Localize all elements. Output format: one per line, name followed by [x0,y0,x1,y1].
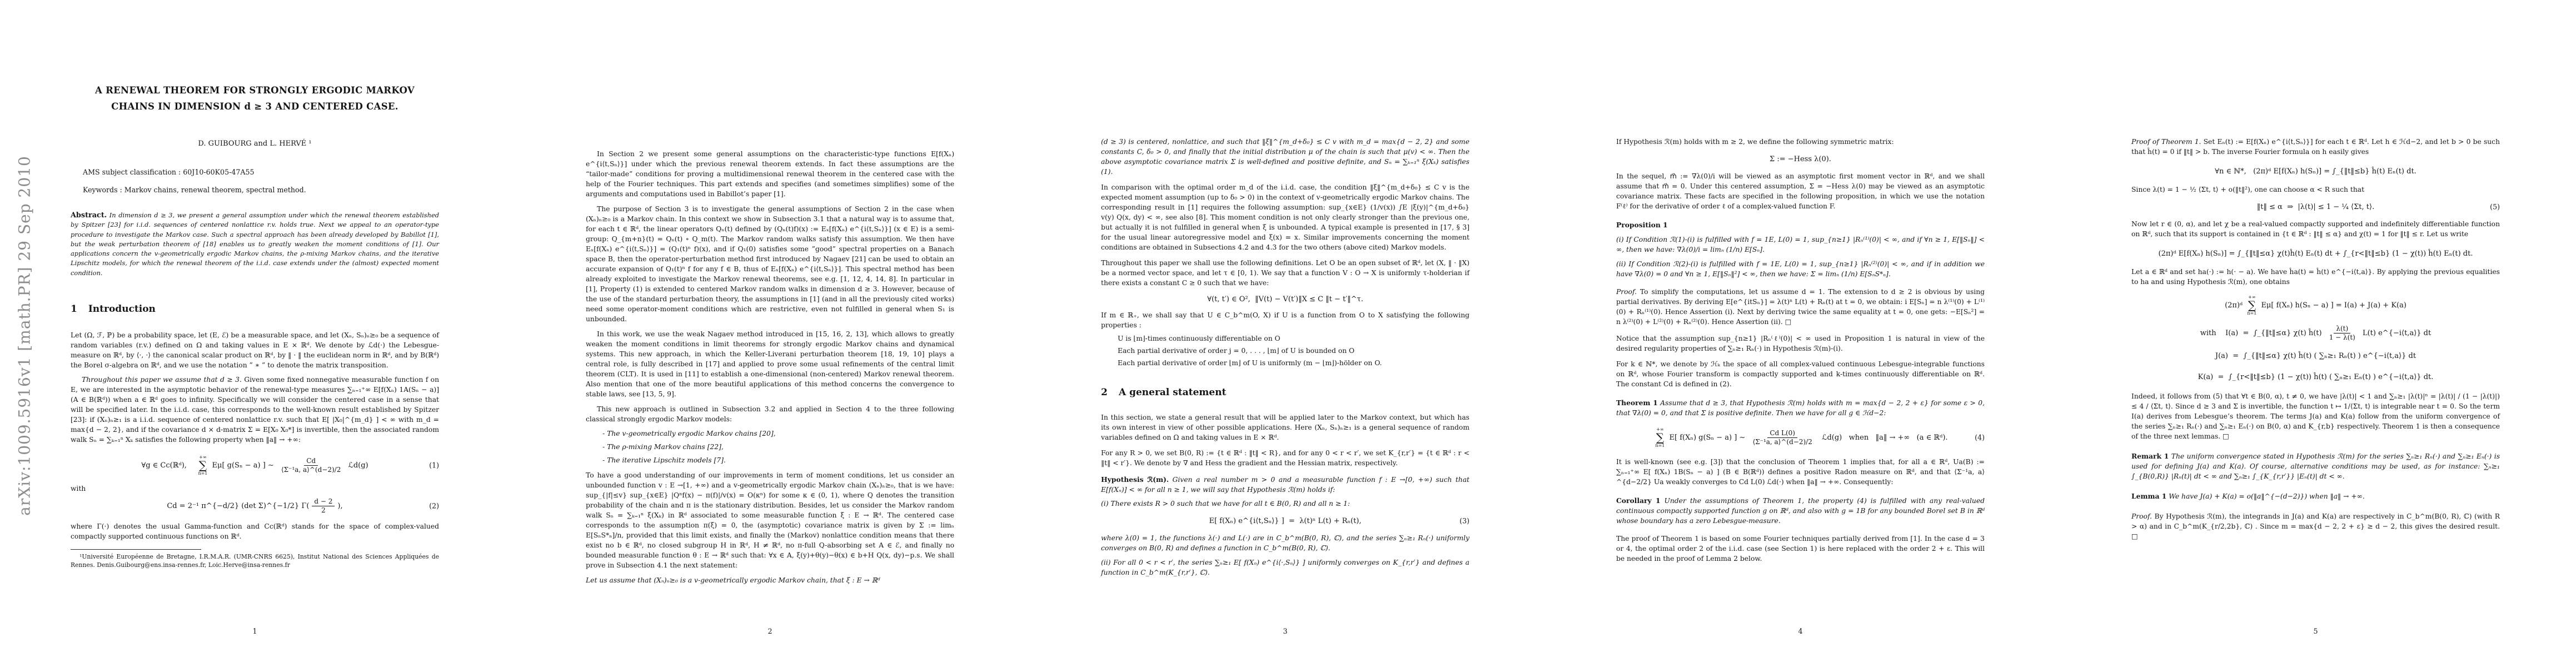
integral-J-equation: J(a) = ∫_{‖t‖≤α} χ(t) ĥ(t) ( ∑ₙ≥₁ Rₙ(t) … [2131,347,2500,365]
remark-label: Remark 1 [2131,452,2169,460]
inverse-fourier-equation: ∀n ∈ ℕ*, (2π)ᵈ E[f(Xₙ) h(Sₙ)] = ∫_{‖t‖≤b… [2131,162,2500,180]
p2-paragraph-2: The purpose of Section 3 is to investiga… [586,204,954,324]
p3-paragraph-2: In comparison with the optimal order m_d… [1101,182,1469,252]
corollary-statement: Corollary 1 Under the assumptions of The… [1616,496,1985,526]
holder-condition-equation: ∀(t, t′) ∈ O², ‖V(t) − V(t′)‖X ≤ C ‖t − … [1101,292,1469,306]
abstract: Abstract. In dimension d ≥ 3, we present… [71,211,439,278]
theorem-statement: Theorem 1 Assume that d ≥ 3, that Hypoth… [1616,398,1985,418]
section-heading-general-statement: 2A general statement [1101,387,1469,398]
split-integral-body: (2π)ᵈ E[f(Xₙ) h(Sₙ)] = ∫_{‖t‖≤α} χ(t)ĥ(t… [2159,250,2473,258]
ams-classification: AMS subject classification : 60J10-60K05… [83,168,439,176]
equation-3-body: E[ f(Xₙ) e^{i⟨t,Sₙ⟩} ] = λ(t)ⁿ L(t) + Rₙ… [1209,517,1361,525]
fraction: λ(t) 1 − λ(t) [2327,325,2358,342]
holder-condition-body: ∀(t, t′) ∈ O², ‖V(t) − V(t′)‖X ≤ C ‖t − … [1207,295,1363,303]
lemma-proof: Proof. By Hypothesis ℛ(m), the integrand… [2131,511,2500,541]
sigma-icon: ∑ [199,460,207,471]
page-number-2: 2 [586,627,954,635]
corollary-label: Corollary 1 [1616,496,1661,505]
fraction-denominator: ⟨Σ⁻¹a, a⟩^(d−2)/2 [279,466,343,474]
theorem-text: Assume that d ≥ 3, that Hypothesis ℛ(m) … [1616,399,1985,417]
equation-2-lhs: Cd = 2⁻¹ π^{−d/2} (det Σ)^{−1/2} Γ( [167,502,309,510]
p1-paragraph-3: where Γ(·) denotes the usual Gamma-funct… [71,521,439,541]
proof-of-theorem-1: Proof of Theorem 1. Set Eₙ(t) := E[f(Xₙ)… [2131,137,2500,157]
p1-paragraph-2: Throughout this paper we assume that d ≥… [71,375,439,445]
integral-J-body: J(a) = ∫_{‖t‖≤α} χ(t) ĥ(t) ( ∑ₙ≥₁ Rₙ(t) … [2215,352,2416,360]
p2-paragraph-5: To have a good understanding of our impr… [586,470,954,570]
proposition-label: Proposition 1 [1616,220,1985,230]
integral-K-body: K(a) = ∫_{r<‖t‖≤b} (1 − χ(t)) ĥ(t) ( ∑ₙ≥… [2198,373,2434,381]
equation-4-number: (4) [1975,434,1985,442]
proof-label: Proof. [2131,512,2152,520]
page-number-5: 5 [2131,627,2500,635]
equation-4: +∞ ∑ n=1 E[ f(Xₙ) g(Sₙ − a) ] ∼ Cd L(0) … [1616,425,1985,450]
list-item-v-geometric: - The v-geometrically ergodic Markov cha… [602,429,954,439]
fraction-numerator: d − 2 [312,497,335,506]
page-3-content: (d ≥ 3) is centered, nonlattice, and suc… [1101,137,1469,578]
split-integral-equation: (2π)ᵈ E[f(Xₙ) h(Sₙ)] = ∫_{‖t‖≤α} χ(t)ĥ(t… [2131,245,2500,262]
proposition-proof: Proof. To simplify the computations, let… [1616,287,1985,327]
proposition-item-i: (i) If Condition ℛ(1)-(i) is fulfilled w… [1616,235,1985,255]
hypothesis-condition-i: (i) There exists R > 0 such that we have… [1101,499,1469,509]
lemma-label: Lemma 1 [2131,492,2166,500]
page-2-content: In Section 2 we present some general ass… [586,149,954,585]
abstract-text: In dimension d ≥ 3, we present a general… [71,211,439,277]
list-item-lipschitz: - The iterative Lipschitz models [7]. [602,455,954,465]
sigma-definition-equation: Σ := −Hess λ(0). [1616,152,1985,166]
fraction: Cd ⟨Σ⁻¹a, a⟩^(d−2)/2 [279,457,343,474]
page-4: If Hypothesis ℛ(m) holds with m ≥ 2, we … [1546,0,2061,667]
property-item-1: U is ⌊m⌋-times continuously differentiab… [1118,333,1469,344]
equation-5-number: (5) [2490,203,2500,211]
equation-1-mid: Eμ[ g(Sₙ − a) ] ∼ [210,461,276,470]
fraction-denominator: 2 [319,506,328,515]
page-1: arXiv:1009.5916v1 [math.PR] 29 Sep 2010 … [0,0,515,667]
p5-paragraph-5: Indeed, it follows from (5) that ∀t ∈ B(… [2131,391,2500,441]
page-number-1: 1 [71,627,439,635]
theorem-label: Theorem 1 [1616,399,1658,407]
p3-paragraph-3: Throughout this paper we shall use the f… [1101,258,1469,288]
sigma-definition-body: Σ := −Hess λ(0). [1770,155,1831,163]
page-5-content: Proof of Theorem 1. Set Eₙ(t) := E[f(Xₙ)… [2131,137,2500,541]
sum-lower-limit: n=1 [2247,311,2256,316]
hypothesis-statement: Hypothesis ℛ(m). Given a real number m >… [1101,475,1469,495]
equation-2: Cd = 2⁻¹ π^{−d/2} (det Σ)^{−1/2} Γ( d − … [71,496,439,516]
p1-paragraph-2-rest: Given some fixed nonnegative measurable … [71,376,439,444]
proof-text: By Hypothesis ℛ(m), the integrands in J(… [2131,512,2500,540]
with-label: with [71,484,439,494]
fraction-numerator: Cd [304,457,318,466]
proof-of-theorem-1-label: Proof of Theorem 1. [2131,138,2201,146]
p2-paragraph-4: This new approach is outlined in Subsect… [586,404,954,424]
proof-text: To simplify the computations, let us ass… [1616,288,1985,326]
sum-symbol: +∞ ∑ n=1 [198,455,207,476]
fraction: Cd L(0) ⟨Σ⁻¹a, a⟩^(d−2)/2 [1750,429,1814,446]
equation-5: ‖t‖ ≤ α ⇒ |λ(t)| ≤ 1 − ¼ ⟨Σt, t⟩. (5) [2131,200,2500,213]
fraction-denominator: 1 − λ(t) [2327,333,2358,342]
keywords-line: Keywords : Markov chains, renewal theore… [83,186,439,194]
equation-1-rhs: ℒd(g) [346,461,368,470]
fraction-numerator: Cd L(0) [1767,429,1797,438]
sum-lower-limit: n=1 [1655,443,1665,448]
p4-paragraph-6: The proof of Theorem 1 is based on some … [1616,534,1985,564]
remark-text: The uniform convergence stated in Hypoth… [2131,452,2500,480]
property-item-2: Each partial derivative of order j = 0, … [1118,346,1469,356]
ijk-sum-equation: (2π)ᵈ +∞ ∑ n=1 Eμ[ f(Xₙ) h(Sₙ − a) ] = I… [2131,292,2500,318]
page-5: Proof of Theorem 1. Set Eₙ(t) := E[f(Xₙ)… [2061,0,2576,667]
p5-paragraph-4: Let a ∈ ℝᵈ and set ha(·) := h(· − a). We… [2131,267,2500,287]
equation-1-lhs: ∀g ∈ Cc(ℝᵈ), [141,461,196,470]
proposition-item-ii: (ii) If Condition ℛ(2)-(i) is fulfilled … [1616,259,1985,279]
p3-paragraph-6: For any R > 0, we set B(0, R) := {t ∈ ℝᵈ… [1101,448,1469,468]
sum-symbol: +∞ ∑ n=1 [1655,427,1665,448]
page-4-content: If Hypothesis ℛ(m) holds with m ≥ 2, we … [1616,137,1985,564]
p4-paragraph-2: In the sequel, m⃗ := ∇λ(0)/i will be vie… [1616,171,1985,211]
proof-label: Proof. [1616,288,1637,296]
section-number: 1 [71,303,77,315]
equation-2-rhs: ), [337,502,342,510]
integral-I-equation: with I(a) = ∫_{‖t‖≤α} χ(t) ĥ(t) λ(t) 1 −… [2131,322,2500,344]
abstract-label: Abstract. [71,211,107,220]
corollary-text: Under the assumptions of Theorem 1, the … [1616,497,1985,525]
paper-title-line-2: CHAINS IN DIMENSION d ≥ 3 AND CENTERED C… [71,98,439,115]
page-number-3: 3 [1101,627,1469,635]
page-1-content: A RENEWAL THEOREM FOR STRONGLY ERGODIC M… [71,82,439,569]
integral-I-post: L(t) e^{−i⟨t,a⟩} dt [2360,329,2431,337]
p1-paragraph-2-lead: Throughout this paper we assume that d ≥… [82,376,242,384]
property-item-3: Each partial derivative of order ⌊m⌋ of … [1118,358,1469,368]
hypothesis-label: Hypothesis ℛ(m). [1101,475,1169,484]
ijk-sum-rhs: Eμ[ f(Xₙ) h(Sₙ − a) ] = I(a) + J(a) + K(… [2259,301,2406,310]
p2-paragraph-6: Let us assume that (Xₙ)ₙ≥₀ is a v-geomet… [586,575,954,585]
equation-5-body: ‖t‖ ≤ α ⇒ |λ(t)| ≤ 1 − ¼ ⟨Σt, t⟩. [2257,203,2374,211]
p3-paragraph-7: where λ(0) = 1, the functions λ(·) and L… [1101,533,1469,553]
authors-line: D. GUIBOURG and L. HERVÉ ¹ [71,140,439,148]
list-item-rho-mixing: - The ρ-mixing Markov chains [22], [602,442,954,452]
lemma-statement: Lemma 1 We have J(a) + K(a) = o(‖a‖^{−(d… [2131,491,2500,501]
section-title: Introduction [88,303,156,315]
p1-paragraph-1: Let (Ω, ℱ, ℙ) be a probability space, le… [71,330,439,370]
equation-1-number: (1) [429,461,439,470]
paper-title-line-1: A RENEWAL THEOREM FOR STRONGLY ERGODIC M… [71,82,439,98]
page-number-4: 4 [1616,627,1985,635]
section-number: 2 [1101,387,1108,398]
p3-paragraph-5: In this section, we state a general resu… [1101,412,1469,442]
section-title: A general statement [1119,387,1226,398]
equation-1: ∀g ∈ Cc(ℝᵈ), +∞ ∑ n=1 Eμ[ g(Sₙ − a) ] ∼ … [71,452,439,478]
page-3: (d ≥ 3) is centered, nonlattice, and suc… [1030,0,1546,667]
p3-paragraph-1: (d ≥ 3) is centered, nonlattice, and suc… [1101,137,1469,177]
integral-K-equation: K(a) = ∫_{r<‖t‖≤b} (1 − χ(t)) ĥ(t) ( ∑ₙ≥… [2131,368,2500,386]
inverse-fourier-body: ∀n ∈ ℕ*, (2π)ᵈ E[f(Xₙ) h(Sₙ)] = ∫_{‖t‖≤b… [2215,167,2416,176]
equation-2-number: (2) [429,502,439,510]
fraction-numerator: λ(t) [2334,325,2350,333]
sigma-icon: ∑ [2248,300,2256,311]
footnote-text: ¹Université Européenne de Bretagne, I.R.… [71,552,439,569]
p3-paragraph-8: (ii) For all 0 < r < r′, the series ∑ₙ≥₁… [1101,558,1469,578]
arxiv-watermark: arXiv:1009.5916v1 [math.PR] 29 Sep 2010 [16,156,34,516]
sigma-icon: ∑ [1656,432,1664,443]
p4-paragraph-4: For k ∈ ℕ*, we denote by ℋₖ the space of… [1616,359,1985,389]
equation-4-rhs: ℒd(g) when ‖a‖ → +∞ (a ∈ ℝᵈ). [1817,434,1948,442]
footnote-rule [71,549,201,550]
fraction-denominator: ⟨Σ⁻¹a, a⟩^(d−2)/2 [1750,438,1814,446]
p2-paragraph-3: In this work, we use the weak Nagaev met… [586,329,954,399]
p4-paragraph-3: Notice that the assumption sup_{n≥1} |Rₙ… [1616,333,1985,354]
sum-symbol: +∞ ∑ n=1 [2247,295,2256,316]
p4-paragraph-5: It is well-known (see e.g. [3]) that the… [1616,457,1985,487]
equation-3-number: (3) [1459,517,1469,525]
page-2: In Section 2 we present some general ass… [515,0,1030,667]
lemma-text: We have J(a) + K(a) = o(‖a‖^{−(d−2)}) wh… [2166,492,2364,500]
ijk-sum-pre: (2π)ᵈ [2225,301,2245,310]
sum-lower-limit: n=1 [198,471,207,476]
p5-paragraph-3: Now let r ∈ (0, α), and let χ be a real-… [2131,219,2500,239]
integral-I-pre: with I(a) = ∫_{‖t‖≤α} χ(t) ĥ(t) [2200,329,2324,337]
p5-paragraph-2: Since λ(t) = 1 − ½ ⟨Σt, t⟩ + o(‖t‖²), on… [2131,185,2500,195]
equation-3: E[ f(Xₙ) e^{i⟨t,Sₙ⟩} ] = λ(t)ⁿ L(t) + Rₙ… [1101,514,1469,527]
remark-statement: Remark 1 The uniform convergence stated … [2131,451,2500,481]
fraction: d − 2 2 [312,497,335,515]
p2-paragraph-1: In Section 2 we present some general ass… [586,149,954,199]
p4-paragraph-1: If Hypothesis ℛ(m) holds with m ≥ 2, we … [1616,137,1985,147]
p3-paragraph-4: If m ∈ ℝ₊, we shall say that U ∈ C_b^m(O… [1101,310,1469,330]
section-heading-introduction: 1Introduction [71,303,439,315]
equation-4-mid: E[ f(Xₙ) g(Sₙ − a) ] ∼ [1667,434,1747,442]
